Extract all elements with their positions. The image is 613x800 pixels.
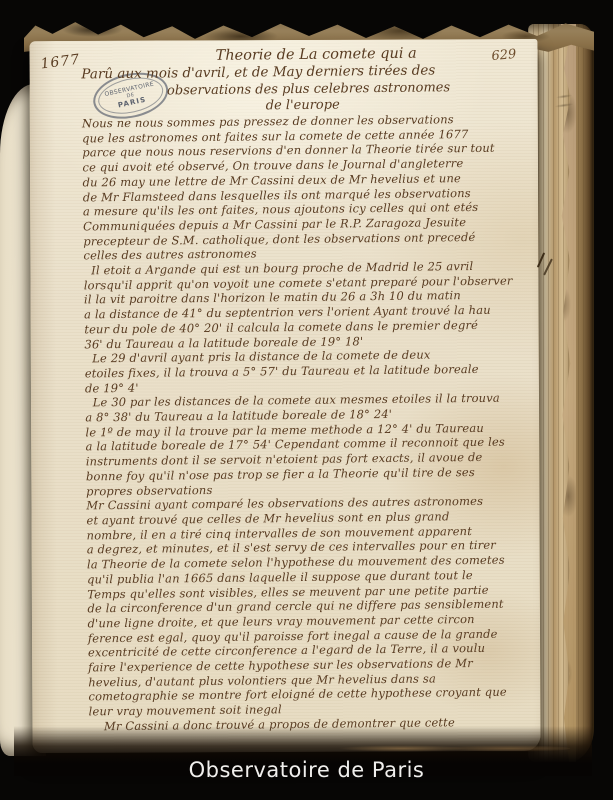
manuscript-page: 1677 629 OBSERVATOIRE DE PARIS Theorie d… <box>29 39 540 753</box>
year-annotation: 1677 <box>40 52 81 73</box>
torn-fore-edge <box>554 24 576 762</box>
photo-background: 1677 629 OBSERVATOIRE DE PARIS Theorie d… <box>0 0 613 800</box>
page-bottom-edge-highlight <box>330 744 570 753</box>
handwritten-text-column: Theorie de La comete qui a Parû aux mois… <box>81 43 531 734</box>
manuscript-body: Nous ne nous sommes pas pressez de donne… <box>82 111 531 734</box>
photo-caption: Observatoire de Paris <box>0 758 613 782</box>
pencil-scribble <box>551 90 580 115</box>
